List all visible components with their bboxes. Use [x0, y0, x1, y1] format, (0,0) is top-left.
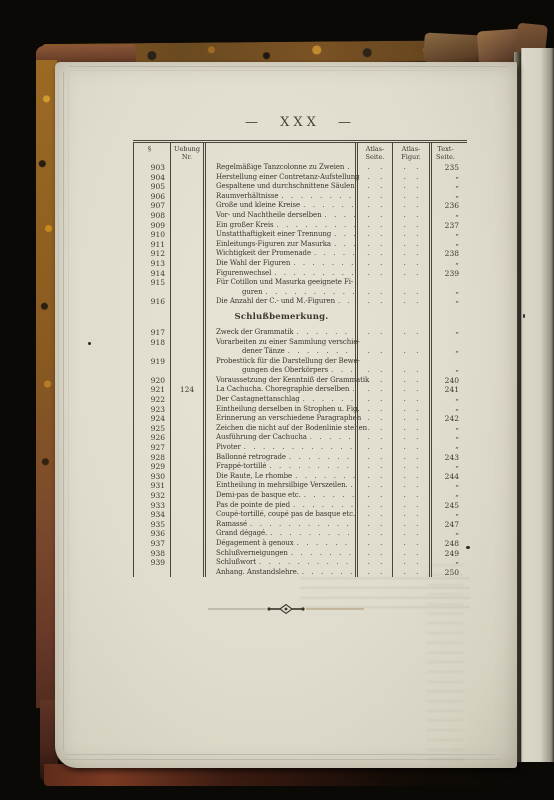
uebung-number [170, 357, 203, 376]
empty-entry-dots: . . [368, 501, 383, 511]
text-seite-value: 242 [429, 414, 467, 424]
uebung-number [170, 163, 203, 173]
description-line: Anhang. Anstandslehre. [216, 568, 355, 578]
description-line: Regelmäßige Tanzcolonne zu Zweien [216, 163, 355, 173]
atlas-seite-cell: . . [355, 539, 392, 549]
page-number: „ [455, 480, 459, 490]
atlas-figur-cell: . . [392, 211, 429, 221]
text-seite-value: 240 [429, 376, 467, 386]
table-row: 939Schlußwort. .. .„ [133, 558, 467, 568]
table-row: 934Coupé-tortillé, coupé pas de basque e… [133, 510, 467, 520]
uebung-number [170, 328, 203, 338]
description-cell: Eintheilung derselben in Strophen u. Fig… [203, 405, 355, 415]
description-line: Frappé-tortillé [216, 462, 355, 472]
atlas-seite-cell: . . [355, 405, 392, 415]
description-cell: Vorarbeiten zu einer Sammlung verschie-d… [203, 338, 355, 357]
text-seite-value: „ [429, 338, 467, 357]
description-line: gungen des Oberkörpers [216, 366, 355, 376]
page-edge-line [63, 72, 64, 750]
empty-entry-dots: . . [368, 549, 383, 559]
book-photo: — XXX — § Uebung Nr. Atlas- Seite. Atlas… [0, 0, 554, 800]
uebung-number [170, 338, 203, 357]
leader-dots [292, 472, 355, 482]
ornament-divider [206, 602, 366, 616]
atlas-seite-cell: . . [355, 385, 392, 395]
description-cell: Pas de pointe de pied [203, 501, 355, 511]
description-text: Herstellung einer Contretanz-Aufstellung [216, 173, 360, 183]
atlas-figur-cell: . . [392, 192, 429, 202]
leader-dots [290, 259, 355, 269]
description-cell: Anhang. Anstandslehre. [203, 568, 355, 578]
table-row: 933Pas de pointe de pied. .. .245 [133, 501, 467, 511]
description-cell: Wichtigkeit der Promenade [203, 249, 355, 259]
paragraph-number: 935 [133, 520, 170, 530]
table-row: 912Wichtigkeit der Promenade. .. .238 [133, 249, 467, 259]
atlas-seite-cell: . . [355, 549, 392, 559]
atlas-seite-cell: . . [355, 414, 392, 424]
uebung-number [170, 182, 203, 192]
description-text: guren [216, 288, 263, 298]
description-text: Dégagement à genoux [216, 539, 294, 549]
description-cell: Pivoter [203, 443, 355, 453]
empty-entry-dots: . . [404, 558, 419, 568]
description-text: Grand dégagé. [216, 529, 267, 539]
empty-entry-dots: . . [404, 405, 419, 415]
empty-entry-dots: . . [404, 510, 419, 520]
table-row: 904Herstellung einer Contretanz-Aufstell… [133, 173, 467, 183]
atlas-figur-cell: . . [392, 259, 429, 269]
description-text: Für Cotillon und Masurka geeignete Fi- [216, 278, 353, 288]
empty-entry-dots: . . [368, 288, 383, 298]
atlas-seite-cell: . . [355, 173, 392, 183]
leader-dots [328, 366, 355, 376]
text-seite-value: 245 [429, 501, 467, 511]
description-cell: Unstatthaftigkeit einer Trennung [203, 230, 355, 240]
description-cell: Probestück für die Darstellung der Bewe-… [203, 357, 355, 376]
description-line: Figurenwechsel [216, 269, 355, 279]
description-text: dener Tänze [216, 347, 285, 357]
atlas-figur-cell: . . [392, 201, 429, 211]
atlas-figur-cell: . . [392, 269, 429, 279]
description-text: Zweck der Grammatik [216, 328, 294, 338]
empty-entry-dots: . . [404, 328, 419, 338]
uebung-number [170, 414, 203, 424]
atlas-figur-cell: . . [392, 376, 429, 386]
description-cell: Die Raute, Le rhombe [203, 472, 355, 482]
text-seite-value: „ [429, 424, 467, 434]
table-row: 907Große und kleine Kreise. .. .236 [133, 201, 467, 211]
table-row: 908Vor- und Nachtheile derselben. .. .„ [133, 211, 467, 221]
description-line: Ballonné retrograde [216, 453, 355, 463]
page-number: „ [455, 365, 459, 375]
paragraph-number: 923 [133, 405, 170, 415]
leader-dots [331, 240, 355, 250]
atlas-seite-cell: . . [355, 491, 392, 501]
paragraph-number [133, 568, 170, 578]
leader-dots [278, 192, 355, 202]
atlas-figur-cell: . . [392, 568, 429, 578]
uebung-number [170, 376, 203, 386]
table-row: 925Zeichen die nicht auf der Bodenlinie … [133, 424, 467, 434]
empty-entry-dots: . . [404, 424, 419, 434]
table-row: 918Vorarbeiten zu einer Sammlung verschi… [133, 338, 467, 357]
empty-entry-dots: . . [368, 558, 383, 568]
paragraph-number: 938 [133, 549, 170, 559]
table-body: 903Regelmäßige Tanzcolonne zu Zweien. ..… [133, 163, 467, 577]
paragraph-number: 906 [133, 192, 170, 202]
empty-entry-dots: . . [404, 568, 419, 578]
empty-entry-dots: . . [404, 453, 419, 463]
atlas-figur-cell: . . [392, 414, 429, 424]
description-cell: Schlußbemerkung. [203, 307, 355, 328]
description-cell: La Cachucha. Choregraphie derselben [203, 385, 355, 395]
uebung-number [170, 529, 203, 539]
description-text: Demi-pas de basque etc. [216, 491, 301, 501]
paragraph-number: 932 [133, 491, 170, 501]
atlas-figur-cell: . . [392, 491, 429, 501]
empty-entry-dots: . . [404, 520, 419, 530]
leader-dots [256, 558, 355, 568]
section-heading: Schlußbemerkung. [216, 312, 355, 322]
column-header-text-seite: Text- Seite. [429, 143, 467, 163]
description-line: Schlußverneigungen [216, 549, 355, 559]
description-line: Vorarbeiten zu einer Sammlung verschie- [216, 338, 355, 348]
empty-entry-dots: . . [368, 424, 383, 434]
atlas-seite-cell: . . [355, 462, 392, 472]
table-row: 920Voraussetzung der Kenntniß der Gramma… [133, 376, 467, 386]
description-text: Probestück für die Darstellung der Bewe- [216, 357, 360, 367]
ink-speck [466, 546, 470, 549]
paragraph-number: 930 [133, 472, 170, 482]
description-cell: Für Cotillon und Masurka geeignete Fi-gu… [203, 278, 355, 297]
right-page-stack [521, 48, 554, 762]
empty-entry-dots: . . [404, 269, 419, 279]
column-header-description [203, 143, 355, 163]
empty-entry-dots: . . [368, 510, 383, 520]
atlas-figur-cell: . . [392, 529, 429, 539]
book-page: — XXX — § Uebung Nr. Atlas- Seite. Atlas… [55, 62, 517, 768]
description-text: Unstatthaftigkeit einer Trennung [216, 230, 331, 240]
description-line: guren [216, 288, 355, 298]
paragraph-number: 929 [133, 462, 170, 472]
atlas-seite-cell: . . [355, 376, 392, 386]
empty-entry-dots: . . [368, 568, 383, 578]
text-seite-value: 248 [429, 539, 467, 549]
empty-entry-dots: . . [368, 182, 383, 192]
page-edge-line [69, 66, 509, 67]
description-cell: Ein großer Kreis [203, 221, 355, 231]
atlas-figur-cell: . . [392, 385, 429, 395]
text-seite-value: „ [429, 357, 467, 376]
leader-dots [348, 481, 355, 491]
empty-entry-dots: . . [368, 433, 383, 443]
table-row: 928Ballonné retrograde. .. .243 [133, 453, 467, 463]
description-text: gungen des Oberkörpers [216, 366, 328, 376]
leader-dots [307, 433, 355, 443]
page-number: „ [455, 181, 459, 191]
description-line: Wichtigkeit der Promenade [216, 249, 355, 259]
empty-entry-dots: . . [404, 433, 419, 443]
atlas-seite-cell: . . [355, 568, 392, 578]
uebung-number [170, 491, 203, 501]
empty-entry-dots: . . [368, 259, 383, 269]
leader-dots [331, 230, 355, 240]
text-seite-value: „ [429, 529, 467, 539]
bleed-through-text [427, 564, 463, 764]
description-cell: Grand dégagé. [203, 529, 355, 539]
empty-entry-dots: . . [404, 414, 419, 424]
description-line: Eintheilung derselben in Strophen u. Fig… [216, 405, 355, 415]
text-seite-value: „ [429, 182, 467, 192]
empty-entry-dots: . . [368, 539, 383, 549]
page-number: „ [455, 394, 459, 404]
paragraph-number: 918 [133, 338, 170, 357]
empty-entry-dots: . . [404, 539, 419, 549]
paragraph-number: 925 [133, 424, 170, 434]
table-row: 932Demi-pas de basque etc.. .. .„ [133, 491, 467, 501]
empty-entry-dots: . . [368, 192, 383, 202]
empty-entry-dots: . . [368, 173, 383, 183]
description-text: Regelmäßige Tanzcolonne zu Zweien [216, 163, 344, 173]
empty-entry-dots: . . [404, 182, 419, 192]
table-row: 931Eintheilung in mehrsilbige Verszeilen… [133, 481, 467, 491]
empty-entry-dots: . . [404, 529, 419, 539]
empty-entry-dots: . . [368, 453, 383, 463]
page-edge-line [58, 74, 59, 746]
table-row: 922Der Castagnettanschlag. .. .„ [133, 395, 467, 405]
text-seite-value: „ [429, 173, 467, 183]
column-header-uebung-nr: Uebung Nr. [170, 143, 203, 163]
paragraph-number: 920 [133, 376, 170, 386]
atlas-figur-cell: . . [392, 462, 429, 472]
atlas-figur-cell: . . [392, 163, 429, 173]
paragraph-number: 937 [133, 539, 170, 549]
description-line: Grand dégagé. [216, 529, 355, 539]
page-content: — XXX — § Uebung Nr. Atlas- Seite. Atlas… [133, 115, 467, 577]
table-row: 906Raumverhältnisse. .. .„ [133, 192, 467, 202]
page-number: „ [455, 442, 459, 452]
leader-dots [263, 288, 356, 298]
leader-dots [241, 443, 355, 453]
leader-dots [267, 529, 355, 539]
page-number: 240 [445, 376, 459, 386]
atlas-figur-cell: . . [392, 297, 429, 307]
empty-entry-dots: . . [368, 529, 383, 539]
paragraph-number: 903 [133, 163, 170, 173]
description-line: Gespaltene und durchschnittene Säulen [216, 182, 355, 192]
leader-dots [286, 453, 355, 463]
description-line: Die Anzahl der C.- und M.-Figuren [216, 297, 355, 307]
description-cell: Ausführung der Cachucha [203, 433, 355, 443]
text-seite-value: 244 [429, 472, 467, 482]
page-number: „ [455, 258, 459, 268]
uebung-number [170, 240, 203, 250]
description-line: Unstatthaftigkeit einer Trennung [216, 230, 355, 240]
description-line: Herstellung einer Contretanz-Aufstellung [216, 173, 355, 183]
description-text: Gespaltene und durchschnittene Säulen [216, 182, 355, 192]
empty-entry-dots: . . [404, 230, 419, 240]
leather-corner-right [423, 32, 484, 65]
description-cell: Schlußwort [203, 558, 355, 568]
column-header-paragraph: § [133, 143, 170, 163]
atlas-figur-cell: . . [392, 539, 429, 549]
empty-entry-dots: . . [404, 347, 419, 357]
description-line: Ein großer Kreis [216, 221, 355, 231]
marbled-left-edge [36, 60, 57, 708]
uebung-number [170, 173, 203, 183]
page-number: „ [455, 296, 459, 306]
empty-entry-dots: . . [404, 481, 419, 491]
description-line: Schlußwort [216, 558, 355, 568]
paragraph-number: 939 [133, 558, 170, 568]
uebung-number [170, 481, 203, 491]
uebung-number [170, 501, 203, 511]
text-seite-value: 249 [429, 549, 467, 559]
description-line: dener Tänze [216, 347, 355, 357]
description-text: Ramassé [216, 520, 247, 530]
table-row: 916Die Anzahl der C.- und M.-Figuren. ..… [133, 297, 467, 307]
atlas-seite-cell: . . [355, 201, 392, 211]
page-number: 248 [445, 539, 459, 549]
uebung-number [170, 433, 203, 443]
table-row: 913Die Wahl der Figuren. .. .„ [133, 259, 467, 269]
column-header-atlas-seite: Atlas- Seite. [355, 143, 392, 163]
description-cell: Raumverhältnisse [203, 192, 355, 202]
table-row: 909Ein großer Kreis. .. .237 [133, 221, 467, 231]
description-line: Voraussetzung der Kenntniß der Grammatik [216, 376, 355, 386]
description-text: Einleitungs-Figuren zur Masurka [216, 240, 331, 250]
text-seite-value: 237 [429, 221, 467, 231]
atlas-seite-cell: . . [355, 259, 392, 269]
uebung-number [170, 269, 203, 279]
atlas-figur-cell: . . [392, 221, 429, 231]
paragraph-number: 922 [133, 395, 170, 405]
uebung-number [170, 453, 203, 463]
atlas-figur-cell: . . [392, 443, 429, 453]
page-number: „ [455, 528, 459, 538]
description-cell: Dégagement à genoux [203, 539, 355, 549]
description-text: Voraussetzung der Kenntniß der Grammatik [216, 376, 369, 386]
atlas-seite-cell: . . [355, 481, 392, 491]
leader-dots [294, 328, 355, 338]
empty-entry-dots: . . [368, 347, 383, 357]
description-cell: Figurenwechsel [203, 269, 355, 279]
paragraph-number: 936 [133, 529, 170, 539]
table-row: 930Die Raute, Le rhombe. .. .244 [133, 472, 467, 482]
leader-dots [285, 347, 355, 357]
contents-table: § Uebung Nr. Atlas- Seite. Atlas- Figur.… [133, 140, 467, 577]
text-seite-value: „ [429, 192, 467, 202]
description-text: Der Castagnettanschlag [216, 395, 300, 405]
empty-entry-dots: . . [404, 259, 419, 269]
atlas-seite-cell: . . [355, 472, 392, 482]
atlas-figur-cell: . . [392, 182, 429, 192]
description-line: Der Castagnettanschlag [216, 395, 355, 405]
paragraph-number: 926 [133, 433, 170, 443]
empty-entry-dots: . . [404, 163, 419, 173]
table-header-row: § Uebung Nr. Atlas- Seite. Atlas- Figur.… [133, 143, 467, 163]
description-text: Pas de pointe de pied [216, 501, 290, 511]
page-number: „ [455, 287, 459, 297]
atlas-seite-cell: . . [355, 249, 392, 259]
atlas-figur-cell: . . [392, 472, 429, 482]
page-number: „ [455, 461, 459, 471]
empty-entry-dots: . . [368, 328, 383, 338]
text-seite-value: „ [429, 259, 467, 269]
description-text: Die Wahl der Figuren [216, 259, 290, 269]
text-seite-value: 236 [429, 201, 467, 211]
description-cell: Eintheilung in mehrsilbige Verszeilen. [203, 481, 355, 491]
description-cell: Erinnerung an verschiedene Paragraphen [203, 414, 355, 424]
uebung-cell [170, 307, 203, 328]
leader-dots [322, 211, 356, 221]
description-text: Eintheilung derselben in Strophen u. Fig… [216, 405, 360, 415]
description-cell: Ramassé [203, 520, 355, 530]
description-cell: Vor- und Nachtheile derselben [203, 211, 355, 221]
leader-dots [266, 462, 355, 472]
empty-entry-dots: . . [404, 240, 419, 250]
text-seite-value: „ [429, 230, 467, 240]
atlas-figur-cell: . . [392, 328, 429, 338]
atlas-seite-cell: . . [355, 163, 392, 173]
page-number: „ [455, 490, 459, 500]
empty-entry-dots: . . [404, 462, 419, 472]
table-row: 924Erinnerung an verschiedene Paragraphe… [133, 414, 467, 424]
description-line: Ramassé [216, 520, 355, 530]
paragraph-number: 908 [133, 211, 170, 221]
atlas-seite-cell: . . [355, 453, 392, 463]
description-cell: Schlußverneigungen [203, 549, 355, 559]
leader-dots [247, 520, 355, 530]
paragraph-number: 910 [133, 230, 170, 240]
table-row: 926Ausführung der Cachucha. .. .„ [133, 433, 467, 443]
description-cell: Zweck der Grammatik [203, 328, 355, 338]
atlas-seite-cell: . . [355, 443, 392, 453]
empty-entry-dots: . . [368, 201, 383, 211]
description-line: Probestück für die Darstellung der Bewe- [216, 357, 355, 367]
description-text: Erinnerung an verschiedene Paragraphen [216, 414, 361, 424]
uebung-number [170, 443, 203, 453]
description-line: Die Wahl der Figuren [216, 259, 355, 269]
description-text: Die Raute, Le rhombe [216, 472, 292, 482]
paragraph-number: 921 [133, 385, 170, 395]
empty-entry-dots: . . [368, 230, 383, 240]
empty-entry-dots: . . [404, 549, 419, 559]
table-row: 929Frappé-tortillé. .. .„ [133, 462, 467, 472]
atlas-seite-cell: . . [355, 278, 392, 297]
description-text: Wichtigkeit der Promenade [216, 249, 311, 259]
description-cell: Große und kleine Kreise [203, 201, 355, 211]
uebung-number [170, 472, 203, 482]
text-seite-value: „ [429, 462, 467, 472]
empty-entry-dots: . . [368, 297, 383, 307]
uebung-number [170, 278, 203, 297]
text-seite-value: „ [429, 328, 467, 338]
paragraph-number: 931 [133, 481, 170, 491]
leader-dots [300, 395, 355, 405]
paragraph-number: 928 [133, 453, 170, 463]
empty-entry-dots: . . [404, 491, 419, 501]
paragraph-number: 904 [133, 173, 170, 183]
uebung-number [170, 211, 203, 221]
empty-entry-dots: . . [368, 491, 383, 501]
empty-entry-dots: . . [368, 249, 383, 259]
description-cell: Die Anzahl der C.- und M.-Figuren [203, 297, 355, 307]
atlas-figur-cell: . . [392, 501, 429, 511]
text-seite-value: 243 [429, 453, 467, 463]
atlas-figur-cell: . . [392, 240, 429, 250]
atlas-figur-cell: . . [392, 453, 429, 463]
